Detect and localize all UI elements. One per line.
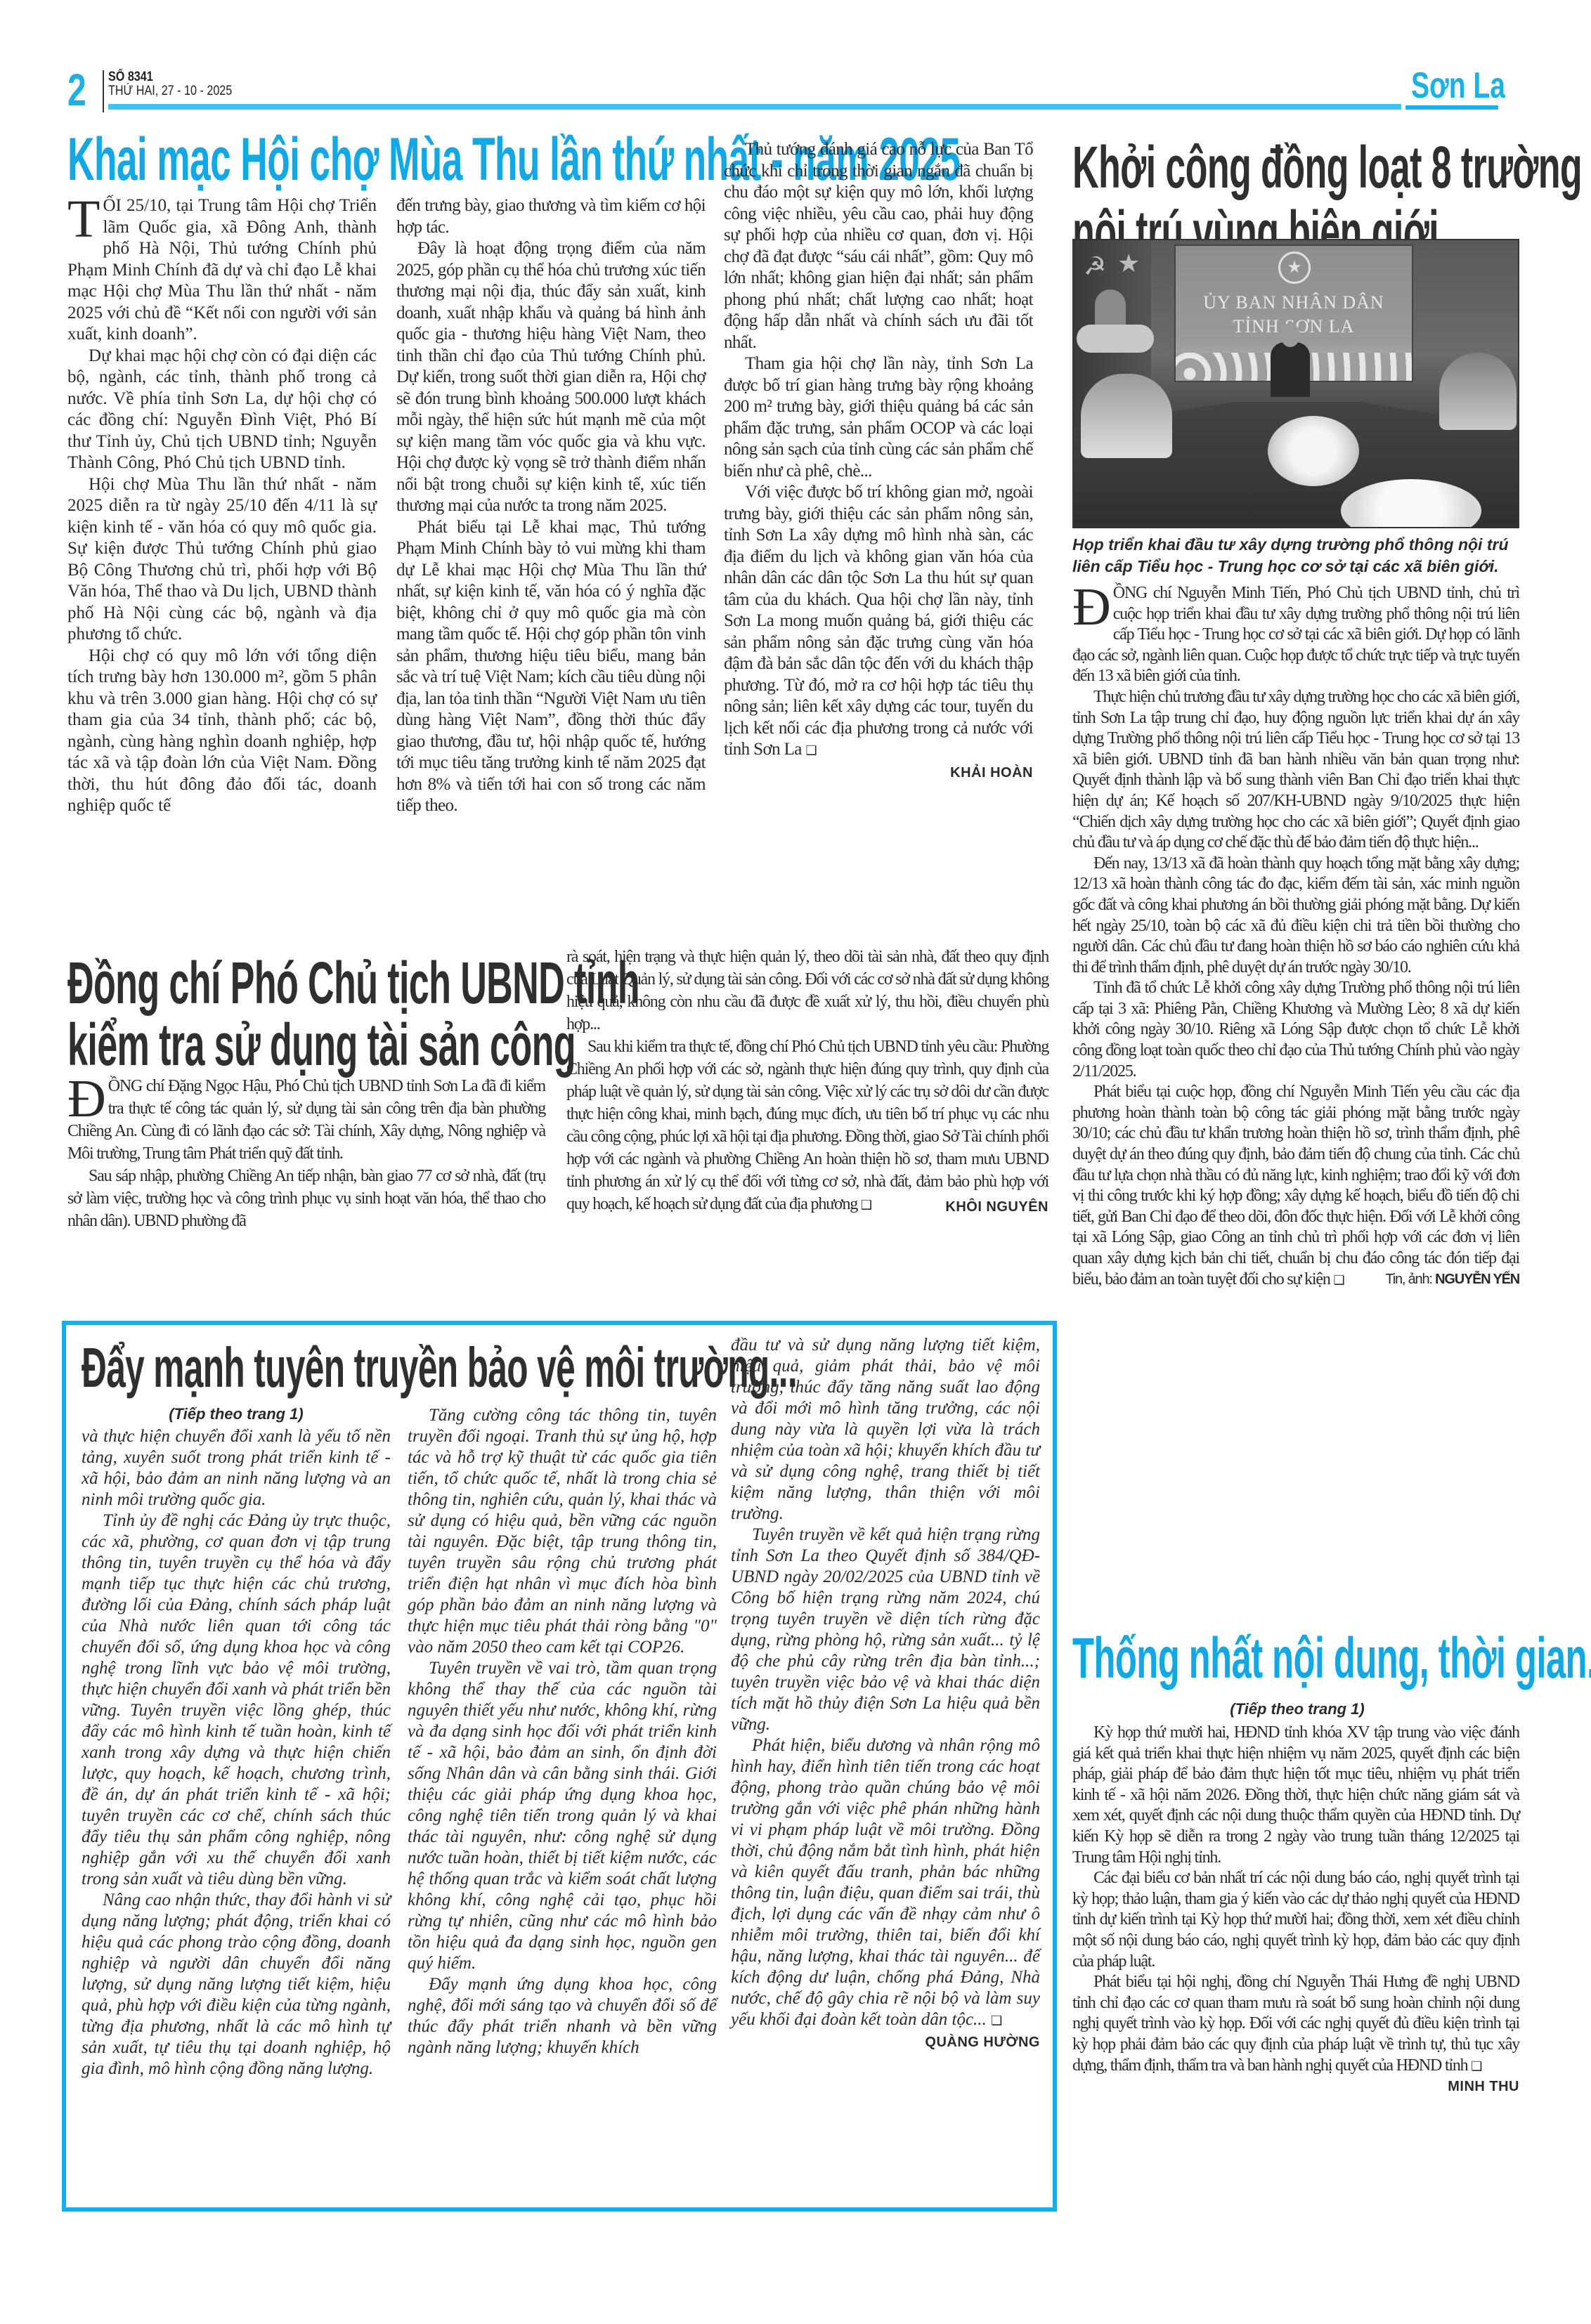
environment-column-1: và thực hiện chuyển đổi xanh là yếu tố n… bbox=[82, 1426, 391, 2080]
flower-arrangement bbox=[1268, 416, 1359, 486]
dropcap: Đ bbox=[67, 1078, 108, 1120]
speaker bbox=[1271, 342, 1310, 397]
emblem-icon: ★ bbox=[1278, 252, 1311, 284]
end-mark: ❑ bbox=[805, 743, 817, 758]
fair-column-1: TỐI 25/10, tại Trung tâm Hội chợ Triển l… bbox=[67, 195, 377, 817]
end-mark: ❑ bbox=[1471, 2059, 1481, 2074]
header-rule bbox=[108, 104, 1401, 110]
attendees-right bbox=[1439, 353, 1517, 430]
end-mark: ❑ bbox=[861, 1198, 871, 1213]
continued-note: (Tiếp theo trang 1) bbox=[82, 1405, 391, 1423]
byline: KHẢI HOÀN bbox=[724, 762, 1033, 784]
photo-caption: Họp triển khai đầu tư xây dựng trường ph… bbox=[1072, 534, 1522, 577]
byline: QUÀNG HƯỜNG bbox=[731, 2032, 1040, 2053]
headline-public-assets: Đồng chí Phó Chủ tịch UBND tỉnh kiểm tra… bbox=[67, 952, 639, 1076]
section-name: Sơn La bbox=[1411, 67, 1505, 104]
headline-council: Thống nhất nội dung, thời gian... bbox=[1072, 1628, 1591, 1689]
headline-environment: Đẩy mạnh tuyên truyền bảo vệ môi trường.… bbox=[82, 1338, 797, 1397]
speaker-head bbox=[1280, 323, 1300, 347]
dropcap: T bbox=[67, 198, 103, 240]
issue-number: SỐ 8341 bbox=[108, 70, 232, 84]
meeting-photo: ☭ ★ ★ ỦY BAN NHÂN DÂN TỈNH SƠN LA bbox=[1072, 239, 1519, 528]
continued-note: (Tiếp theo trang 1) bbox=[1072, 1700, 1522, 1718]
schools-body: ĐỒNG chí Nguyễn Minh Tiến, Phó Chủ tịch … bbox=[1072, 583, 1519, 1291]
hammer-sickle-icon: ☭ bbox=[1084, 252, 1106, 281]
council-body: Kỳ họp thứ mười hai, HĐND tỉnh khóa XV t… bbox=[1072, 1723, 1519, 2098]
end-mark: ❑ bbox=[991, 2013, 1002, 2028]
assets-column-1: ĐỒNG chí Đặng Ngọc Hậu, Phó Chủ tịch UBN… bbox=[67, 1075, 545, 1232]
star-icon: ★ bbox=[1117, 249, 1140, 278]
fair-column-2: đến trưng bày, giao thương và tìm kiếm c… bbox=[396, 195, 706, 817]
byline: Tin, ảnh: NGUYỄN YẾN bbox=[1364, 1269, 1519, 1291]
environment-column-3: đầu tư và sử dụng năng lượng tiết kiệm, … bbox=[731, 1335, 1040, 2053]
page-number: 2 bbox=[67, 67, 86, 112]
flowers-left bbox=[1077, 325, 1154, 353]
attendees-left bbox=[1081, 374, 1172, 458]
end-mark: ❑ bbox=[1333, 1273, 1344, 1288]
issue-date: THỨ HAI, 27 - 10 - 2025 bbox=[108, 84, 232, 98]
issue-info: SỐ 8341 THỨ HAI, 27 - 10 - 2025 bbox=[108, 70, 232, 98]
assets-column-2: rà soát, hiện trạng và thực hiện quản lý… bbox=[566, 946, 1048, 1218]
dropcap: Đ bbox=[1072, 586, 1113, 628]
section-rule bbox=[1405, 105, 1498, 110]
byline: MINH THU bbox=[1448, 2077, 1519, 2098]
header-divider bbox=[103, 70, 104, 112]
fair-column-3: Thủ tướng đánh giá cao nỗ lực của Ban Tổ… bbox=[724, 139, 1033, 783]
environment-column-2: Tăng cường công tác thông tin, tuyên tru… bbox=[408, 1405, 717, 2058]
